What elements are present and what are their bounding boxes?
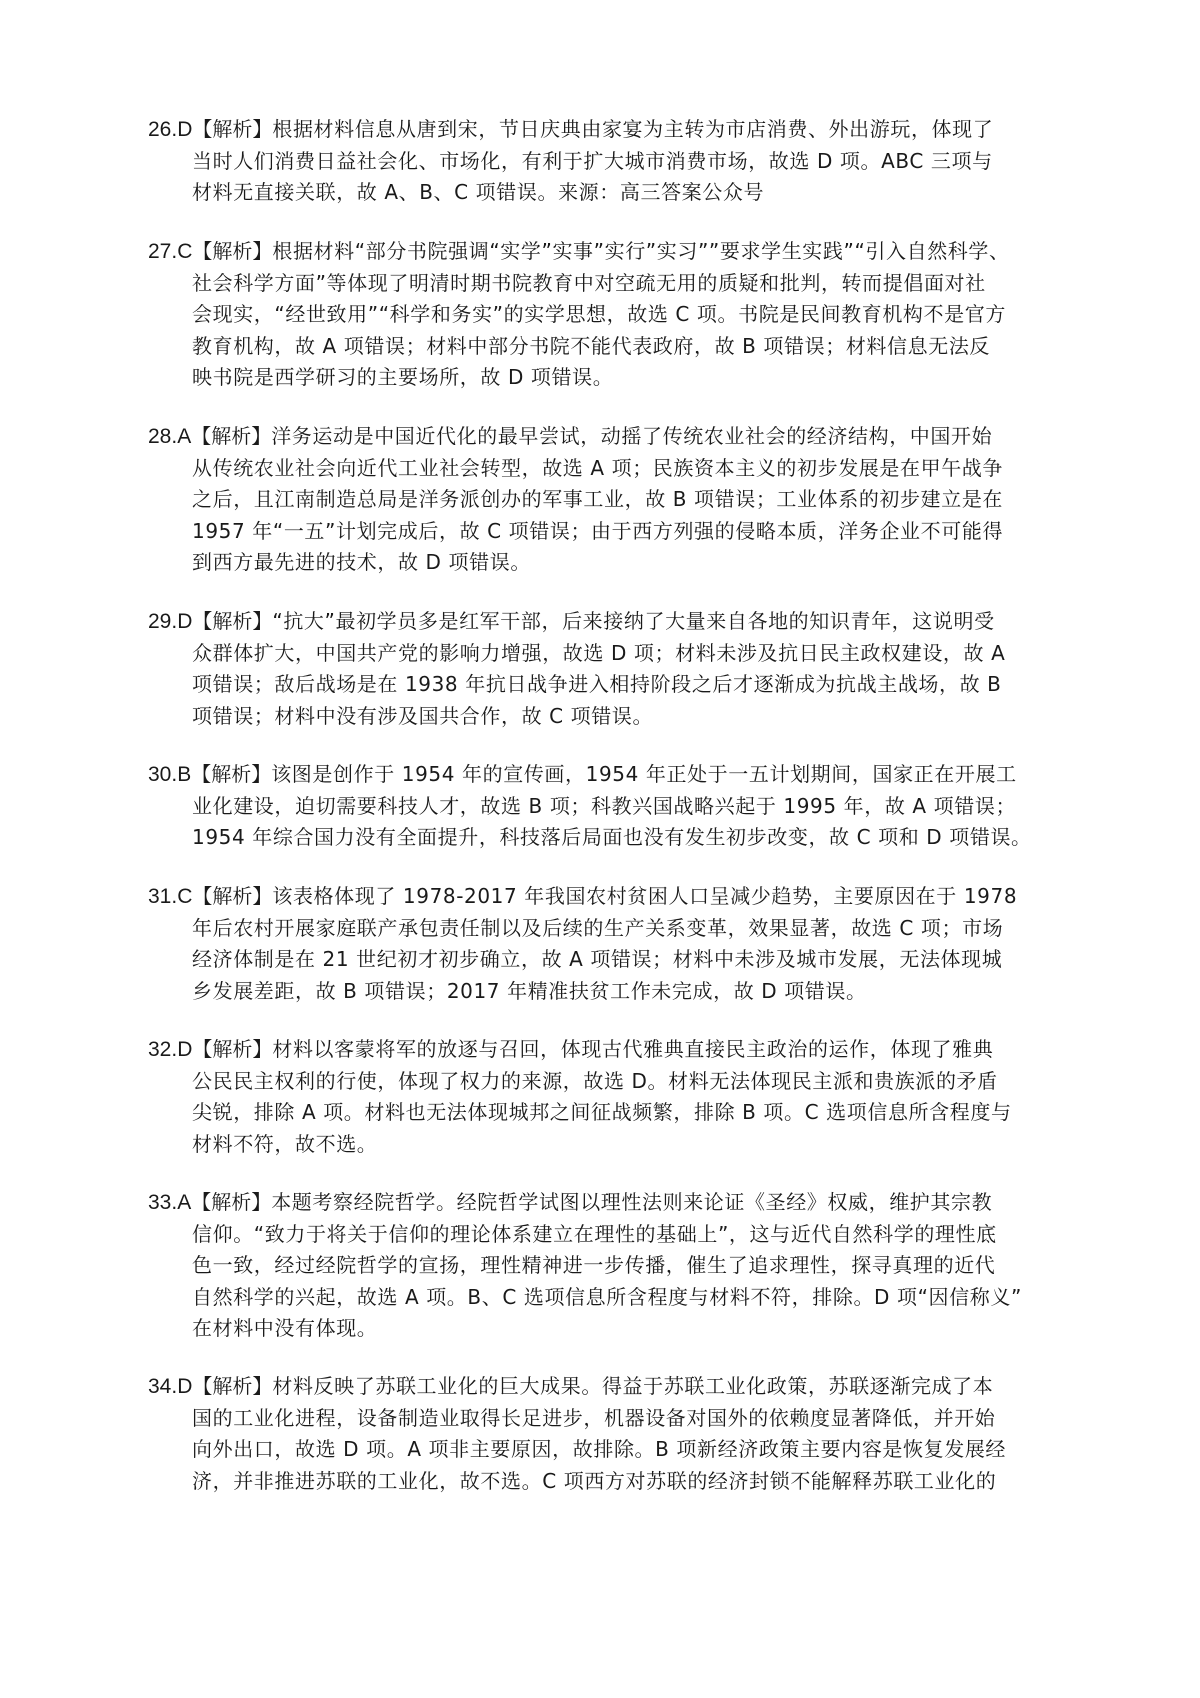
answer-text-line: 向外出口，故选 D 项。A 项非主要原因，故排除。B 项新经济政策主要内容是恢复…	[148, 1434, 1068, 1466]
answer-first-line: 26.D【解析】根据材料信息从唐到宋，节日庆典由家宴为主转为市店消费、外出游玩，…	[148, 114, 1068, 146]
answer-text: 材料反映了苏联工业化的巨大成果。得益于苏联工业化政策，苏联逐渐完成了本	[272, 1374, 993, 1398]
document-page: 26.D【解析】根据材料信息从唐到宋，节日庆典由家宴为主转为市店消费、外出游玩，…	[0, 0, 1200, 1698]
answer-item-26: 26.D【解析】根据材料信息从唐到宋，节日庆典由家宴为主转为市店消费、外出游玩，…	[148, 114, 1068, 209]
answer-text-line: 业化建设，迫切需要科技人才，故选 B 项；科教兴国战略兴起于 1995 年，故 …	[148, 791, 1068, 823]
answer-text-line: 在材料中没有体现。	[148, 1313, 1068, 1345]
answer-text-line: 公民民主权利的行使，体现了权力的来源，故选 D。材料无法体现民主派和贵族派的矛盾	[148, 1066, 1068, 1098]
answer-text: 该图是创作于 1954 年的宣传画，1954 年正处于一五计划期间，国家正在开展…	[271, 762, 1016, 786]
answer-text-line: 色一致，经过经院哲学的宣扬，理性精神进一步传播，催生了追求理性，探寻真理的近代	[148, 1250, 1068, 1282]
answer-text-line: 社会科学方面”等体现了明清时期书院教育中对空疏无用的质疑和批判，转而提倡面对社	[148, 268, 1068, 300]
analysis-tag: 【解析】	[191, 762, 271, 786]
answer-number: 30.B	[148, 763, 191, 786]
answer-text-line: 项错误；敌后战场是在 1938 年抗日战争进入相持阶段之后才逐渐成为抗战主战场，…	[148, 669, 1068, 701]
analysis-tag: 【解析】	[192, 117, 272, 141]
answer-text-line: 信仰。“致力于将关于信仰的理论体系建立在理性的基础上”，这与近代自然科学的理性底	[148, 1219, 1068, 1251]
answer-text-line: 材料不符，故不选。	[148, 1129, 1068, 1161]
answer-first-line: 28.A【解析】洋务运动是中国近代化的最早尝试，动摇了传统农业社会的经济结构，中…	[148, 421, 1068, 453]
answer-text-line: 会现实，“经世致用”“科学和务实”的实学思想，故选 C 项。书院是民间教育机构不…	[148, 299, 1068, 331]
answer-text: 本题考察经院哲学。经院哲学试图以理性法则来论证《圣经》权威，维护其宗教	[271, 1190, 992, 1214]
answer-first-line: 27.C【解析】根据材料“部分书院强调“实学”实事”实行”实习””要求学生实践”…	[148, 236, 1068, 268]
answer-number: 28.A	[148, 425, 191, 448]
answer-first-line: 29.D【解析】“抗大”最初学员多是红军干部，后来接纳了大量来自各地的知识青年，…	[148, 606, 1068, 638]
analysis-tag: 【解析】	[192, 1037, 272, 1061]
answer-first-line: 34.D【解析】材料反映了苏联工业化的巨大成果。得益于苏联工业化政策，苏联逐渐完…	[148, 1371, 1068, 1403]
answer-item-31: 31.C【解析】该表格体现了 1978-2017 年我国农村贫困人口呈减少趋势，…	[148, 881, 1068, 1007]
analysis-tag: 【解析】	[192, 239, 272, 263]
answer-first-line: 33.A【解析】本题考察经院哲学。经院哲学试图以理性法则来论证《圣经》权威，维护…	[148, 1187, 1068, 1219]
answer-text-line: 教育机构，故 A 项错误；材料中部分书院不能代表政府，故 B 项错误；材料信息无…	[148, 331, 1068, 363]
answer-text-line: 之后，且江南制造总局是洋务派创办的军事工业，故 B 项错误；工业体系的初步建立是…	[148, 484, 1068, 516]
answer-text-line: 材料无直接关联，故 A、B、C 项错误。来源：高三答案公众号	[148, 177, 1068, 209]
analysis-tag: 【解析】	[192, 609, 272, 633]
answer-text-line: 经济体制是在 21 世纪初才初步确立，故 A 项错误；材料中未涉及城市发展，无法…	[148, 944, 1068, 976]
answer-number: 29.D	[148, 610, 192, 633]
answer-number: 34.D	[148, 1375, 192, 1398]
answer-first-line: 32.D【解析】材料以客蒙将军的放逐与召回，体现古代雅典直接民主政治的运作，体现…	[148, 1034, 1068, 1066]
answer-text: “抗大”最初学员多是红军干部，后来接纳了大量来自各地的知识青年，这说明受	[272, 609, 994, 633]
answer-text-line: 到西方最先进的技术，故 D 项错误。	[148, 547, 1068, 579]
answer-first-line: 31.C【解析】该表格体现了 1978-2017 年我国农村贫困人口呈减少趋势，…	[148, 881, 1068, 913]
answer-item-27: 27.C【解析】根据材料“部分书院强调“实学”实事”实行”实习””要求学生实践”…	[148, 236, 1068, 394]
answer-number: 31.C	[148, 885, 192, 908]
answer-item-30: 30.B【解析】该图是创作于 1954 年的宣传画，1954 年正处于一五计划期…	[148, 759, 1068, 854]
answer-text-line: 映书院是西学研习的主要场所，故 D 项错误。	[148, 362, 1068, 394]
answer-text-line: 国的工业化进程，设备制造业取得长足进步，机器设备对国外的依赖度显著降低，并开始	[148, 1403, 1068, 1435]
answer-item-29: 29.D【解析】“抗大”最初学员多是红军干部，后来接纳了大量来自各地的知识青年，…	[148, 606, 1068, 732]
answer-text: 该表格体现了 1978-2017 年我国农村贫困人口呈减少趋势，主要原因在于 1…	[272, 884, 1017, 908]
answer-first-line: 30.B【解析】该图是创作于 1954 年的宣传画，1954 年正处于一五计划期…	[148, 759, 1068, 791]
answer-number: 27.C	[148, 240, 192, 263]
analysis-tag: 【解析】	[192, 884, 272, 908]
answer-text-line: 众群体扩大，中国共产党的影响力增强，故选 D 项；材料未涉及抗日民主政权建设，故…	[148, 638, 1068, 670]
analysis-tag: 【解析】	[191, 424, 271, 448]
answer-item-28: 28.A【解析】洋务运动是中国近代化的最早尝试，动摇了传统农业社会的经济结构，中…	[148, 421, 1068, 579]
answer-text: 根据材料“部分书院强调“实学”实事”实行”实习””要求学生实践”“引入自然科学、	[272, 239, 1009, 263]
answer-text-line: 当时人们消费日益社会化、市场化，有利于扩大城市消费市场，故选 D 项。ABC 三…	[148, 146, 1068, 178]
analysis-tag: 【解析】	[192, 1374, 272, 1398]
answer-text-line: 年后农村开展家庭联产承包责任制以及后续的生产关系变革，效果显著，故选 C 项；市…	[148, 913, 1068, 945]
answer-item-34: 34.D【解析】材料反映了苏联工业化的巨大成果。得益于苏联工业化政策，苏联逐渐完…	[148, 1371, 1068, 1497]
answer-text-line: 从传统农业社会向近代工业社会转型，故选 A 项；民族资本主义的初步发展是在甲午战…	[148, 453, 1068, 485]
answer-text: 根据材料信息从唐到宋，节日庆典由家宴为主转为市店消费、外出游玩，体现了	[272, 117, 993, 141]
answer-text-line: 1954 年综合国力没有全面提升，科技落后局面也没有发生初步改变，故 C 项和 …	[148, 822, 1068, 854]
answer-number: 32.D	[148, 1038, 192, 1061]
answer-text: 材料以客蒙将军的放逐与召回，体现古代雅典直接民主政治的运作，体现了雅典	[272, 1037, 993, 1061]
answer-text-line: 尖锐，排除 A 项。材料也无法体现城邦之间征战频繁，排除 B 项。C 选项信息所…	[148, 1097, 1068, 1129]
answer-number: 26.D	[148, 118, 192, 141]
answer-text-line: 1957 年“一五”计划完成后，故 C 项错误；由于西方列强的侵略本质，洋务企业…	[148, 516, 1068, 548]
answer-number: 33.A	[148, 1191, 191, 1214]
answer-text: 洋务运动是中国近代化的最早尝试，动摇了传统农业社会的经济结构，中国开始	[271, 424, 992, 448]
analysis-tag: 【解析】	[191, 1190, 271, 1214]
answer-text-line: 乡发展差距，故 B 项错误；2017 年精准扶贫工作未完成，故 D 项错误。	[148, 976, 1068, 1008]
answer-text-line: 项错误；材料中没有涉及国共合作，故 C 项错误。	[148, 701, 1068, 733]
answer-item-33: 33.A【解析】本题考察经院哲学。经院哲学试图以理性法则来论证《圣经》权威，维护…	[148, 1187, 1068, 1345]
answer-text-line: 济，并非推进苏联的工业化，故不选。C 项西方对苏联的经济封锁不能解释苏联工业化的	[148, 1466, 1068, 1498]
answer-text-line: 自然科学的兴起，故选 A 项。B、C 选项信息所含程度与材料不符，排除。D 项“…	[148, 1282, 1068, 1314]
answer-item-32: 32.D【解析】材料以客蒙将军的放逐与召回，体现古代雅典直接民主政治的运作，体现…	[148, 1034, 1068, 1160]
